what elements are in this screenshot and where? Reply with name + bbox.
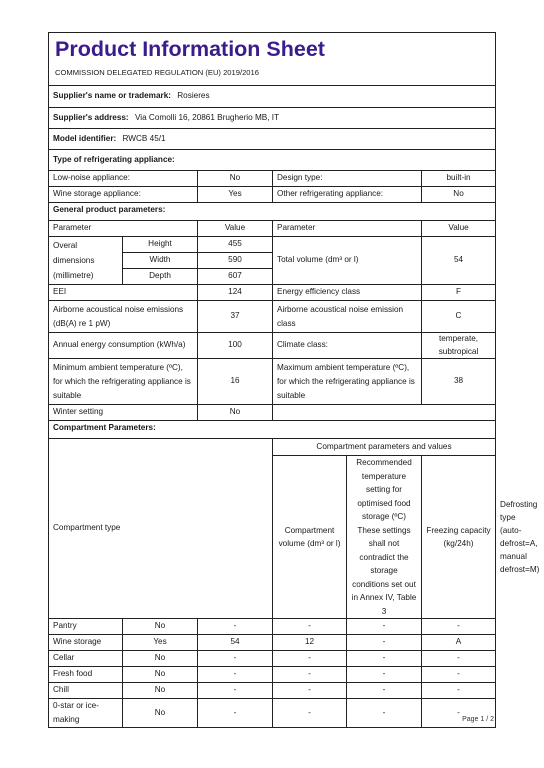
compartment-defrost: - [422,619,496,635]
supplier-name-label: Supplier's name or trademark: [53,91,171,100]
depth-value: 607 [198,269,273,285]
product-information-sheet: Product Information Sheet COMMISSION DEL… [48,32,495,728]
compartment-type-header: Compartment type [49,439,273,619]
compartment-row: Fresh foodNo---- [49,667,496,683]
compartment-group-header: Compartment parameters and values [273,439,496,456]
compartment-defrost: A [422,635,496,651]
compartment-row: ChillNo---- [49,683,496,699]
compartment-freezing: - [347,651,422,667]
compartment-freezing: - [347,635,422,651]
supplier-name-value: Rosieres [177,91,209,100]
empty-cell [273,405,496,421]
compartment-volume: - [198,699,273,728]
compartment-freezing: - [347,619,422,635]
col-parameter-2: Parameter [273,221,422,237]
other-appliance-label: Other refrigerating appliance: [273,187,422,203]
general-section-heading: General product parameters: [49,203,496,221]
eei-label: EEI [49,285,198,301]
compartment-name: 0-star or ice-making [49,699,123,728]
min-temp-value: 16 [198,359,273,405]
type-row: Wine storage appliance: Yes Other refrig… [49,187,496,203]
compartment-volume: - [198,667,273,683]
noise-class-label: Airborne acoustical noise emission class [273,301,422,333]
noise-value: 37 [198,301,273,333]
page-title: Product Information Sheet [49,33,496,63]
climate-class-value: temperate, subtropical [422,333,496,359]
compartment-defrost: - [422,651,496,667]
compartment-volume: - [198,619,273,635]
temperature-header: Recommended temperature setting for opti… [347,456,422,619]
dimensions-label: Overal dimensions (millimetre) [49,237,123,285]
low-noise-label: Low-noise appliance: [49,171,198,187]
type-row: Low-noise appliance: No Design type: bui… [49,171,496,187]
compartment-defrost: - [422,667,496,683]
supplier-address-label: Supplier's address: [53,113,129,122]
col-value-2: Value [422,221,496,237]
page-number: Page 1 / 2 [462,716,494,723]
compartment-freezing: - [347,667,422,683]
compartment-present: No [123,699,198,728]
other-appliance-value: No [422,187,496,203]
compartment-row: Wine storageYes5412-A [49,635,496,651]
freezing-capacity-header: Freezing capacity (kg/24h) [422,456,496,619]
compartment-name: Fresh food [49,667,123,683]
volume-header: Compartment volume (dm³ or l) [273,456,347,619]
compartment-defrost: - [422,699,496,728]
compartment-volume: - [198,651,273,667]
energy-class-value: F [422,285,496,301]
noise-label: Airborne acoustical noise emissions (dB(… [49,301,198,333]
max-temp-label: Maximum ambient temperature (ºC), for wh… [273,359,422,405]
compartment-present: No [123,667,198,683]
compartment-row: PantryNo---- [49,619,496,635]
model-identifier-value: RWCB 45/1 [123,134,166,143]
eei-value: 124 [198,285,273,301]
compartment-defrost: - [422,683,496,699]
winter-setting-label: Winter setting [49,405,198,421]
compartment-row: 0-star or ice-makingNo---- [49,699,496,728]
climate-class-label: Climate class: [273,333,422,359]
min-temp-label: Minimum ambient temperature (ºC), for wh… [49,359,198,405]
regulation-text: COMMISSION DELEGATED REGULATION (EU) 201… [49,63,496,86]
compartment-temperature: - [273,619,347,635]
max-temp-value: 38 [422,359,496,405]
compartment-volume: - [198,683,273,699]
width-value: 590 [198,253,273,269]
model-identifier-row: Model identifier: RWCB 45/1 [49,129,496,150]
compartment-present: No [123,683,198,699]
compartment-name: Chill [49,683,123,699]
compartment-freezing: - [347,683,422,699]
supplier-name-row: Supplier's name or trademark: Rosieres [49,86,496,108]
wine-storage-label: Wine storage appliance: [49,187,198,203]
annual-energy-value: 100 [198,333,273,359]
model-identifier-label: Model identifier: [53,134,116,143]
supplier-address-row: Supplier's address: Via Comolli 16, 2086… [49,108,496,129]
depth-label: Depth [123,269,198,285]
compartment-present: Yes [123,635,198,651]
compartment-freezing: - [347,699,422,728]
compartment-volume: 54 [198,635,273,651]
energy-class-label: Energy efficiency class [273,285,422,301]
info-table: Product Information Sheet COMMISSION DEL… [48,32,496,728]
compartment-name: Pantry [49,619,123,635]
compartment-temperature: - [273,683,347,699]
design-type-label: Design type: [273,171,422,187]
winter-setting-value: No [198,405,273,421]
compartment-present: No [123,619,198,635]
compartment-temperature: - [273,651,347,667]
total-volume-label: Total volume (dm³ or l) [273,237,422,285]
total-volume-value: 54 [422,237,496,285]
design-type-value: built-in [422,171,496,187]
col-parameter: Parameter [49,221,198,237]
compartment-temperature: 12 [273,635,347,651]
compartment-temperature: - [273,667,347,683]
height-value: 455 [198,237,273,253]
height-label: Height [123,237,198,253]
compartments-section-heading: Compartment Parameters: [49,421,496,439]
annual-energy-label: Annual energy consumption (kWh/a) [49,333,198,359]
general-header-row: Parameter Value Parameter Value [49,221,496,237]
supplier-address-value: Via Comolli 16, 20861 Brugherio MB, IT [135,113,279,122]
compartment-name: Wine storage [49,635,123,651]
compartment-temperature: - [273,699,347,728]
compartment-row: CellarNo---- [49,651,496,667]
noise-class-value: C [422,301,496,333]
compartment-name: Cellar [49,651,123,667]
type-section-heading: Type of refrigerating appliance: [49,150,496,171]
wine-storage-value: Yes [198,187,273,203]
low-noise-value: No [198,171,273,187]
col-value: Value [198,221,273,237]
width-label: Width [123,253,198,269]
compartment-present: No [123,651,198,667]
